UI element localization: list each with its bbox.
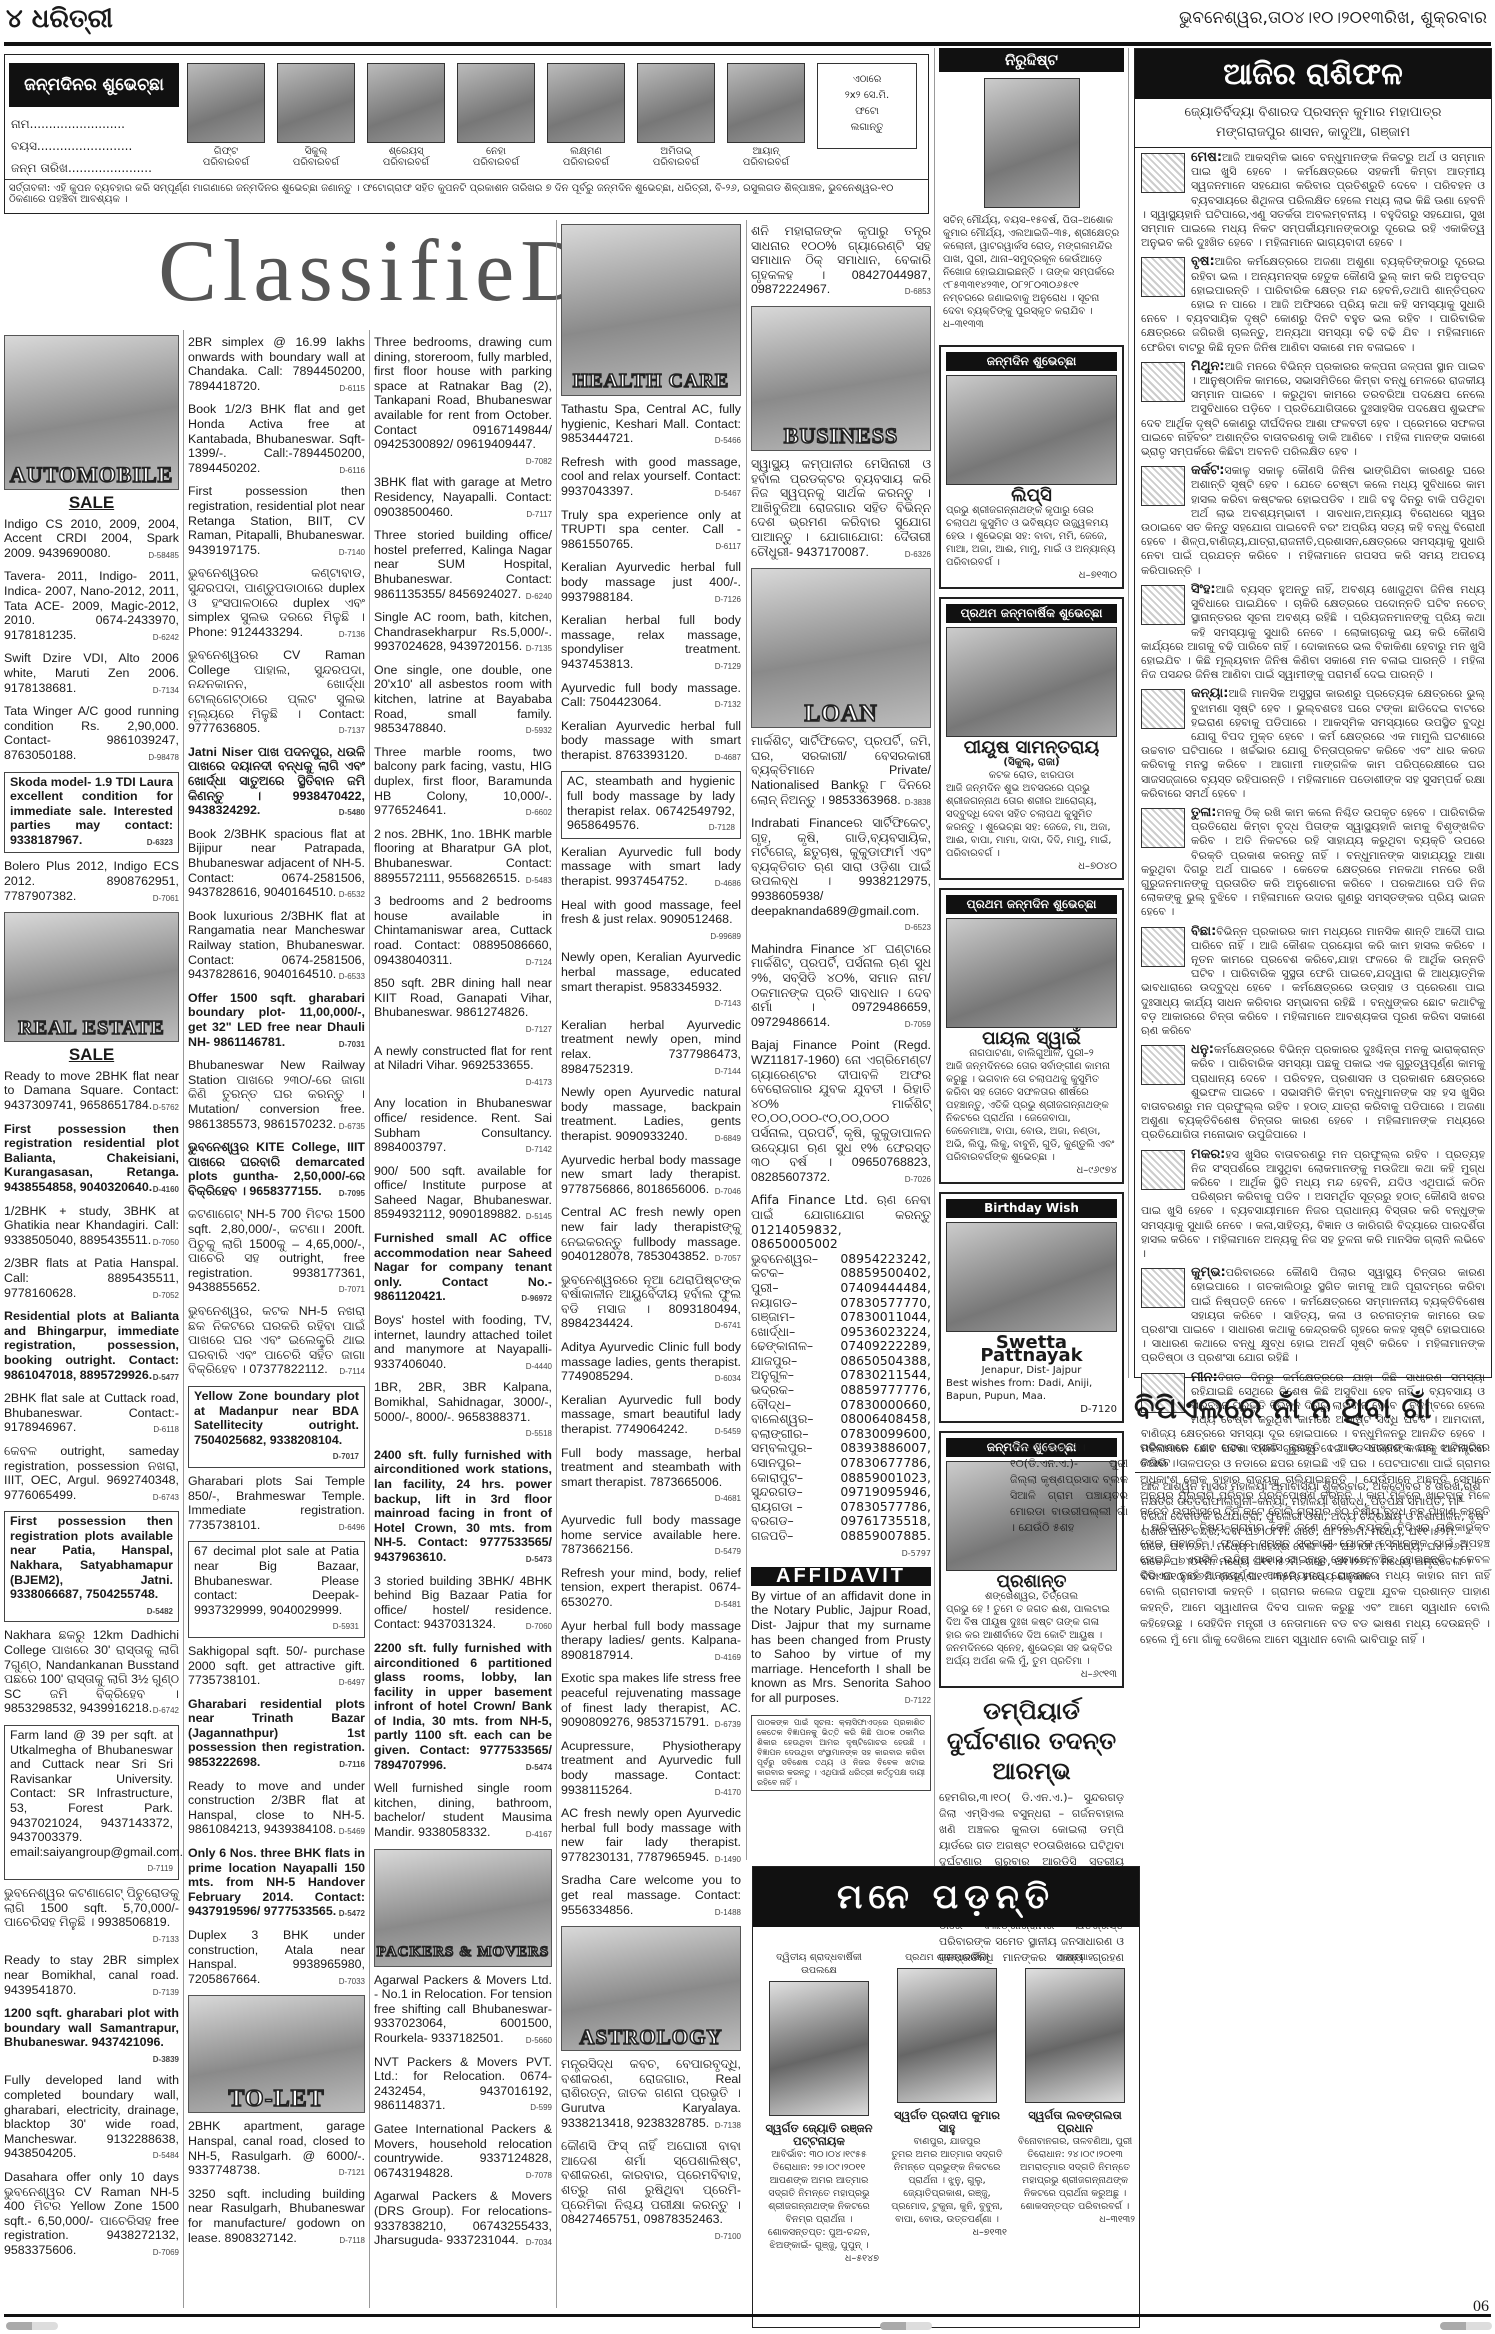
- ad-code: D-7061: [153, 892, 179, 907]
- age-field: ବୟସ.........................: [11, 139, 132, 154]
- classified-ad: Ayur herbal full body massage therapy la…: [561, 1619, 741, 1666]
- branch-place: ବଲାଙ୍ଗୀର–: [751, 1427, 809, 1442]
- classified-ad: One single, one double, one 20'x10' all …: [374, 663, 552, 739]
- missing-person-photo: [984, 78, 1080, 208]
- kid-from: ପରିବାରବର୍ଗ: [367, 157, 445, 168]
- branch-place: ଅନୁଗୁଳ–: [751, 1368, 794, 1383]
- bpl-news-col2: ପରିବାରରେ ୮ଶହ ଲୋକ ବସବାସ କରନ୍ତି । ଆଉ ସମସ୍ତ…: [1140, 1440, 1490, 1648]
- ad-text: Truly spa experience only at TRUPTI spa …: [561, 508, 741, 551]
- wish-text: ଆଜି ଜନ୍ମଦିନ ଶୁଭ ଅବସରରେ ପ୍ରଭୁ ଶ୍ରୀଜଗନ୍ନାଥ…: [946, 782, 1117, 860]
- obituary-title: ମନେ ପଡ଼ନ୍ତି: [753, 1867, 1139, 1927]
- classified-ad: Nakhara ଛକରୁ 12km Dadhichi College ପାଖରେ…: [4, 1628, 179, 1719]
- kid-photo: [457, 63, 535, 143]
- ad-code: D-7129: [715, 660, 741, 675]
- branch-place: ରାୟଗଡା –: [751, 1500, 803, 1515]
- zodiac-name: କର୍କଟ:: [1191, 463, 1224, 478]
- classified-ad: Tavera- 2011, Indigo- 2011, Indica- 2007…: [4, 569, 179, 645]
- ad-text: Nakhara ଛକରୁ 12km Dadhichi College ପାଖରେ…: [4, 1628, 179, 1715]
- ad-code: D-7138: [715, 2119, 741, 2134]
- ad-code: D-1488: [715, 1906, 741, 1921]
- ad-code: D-7126: [715, 593, 741, 608]
- zodiac-name: ବିଛା:: [1191, 924, 1216, 939]
- kid-from: ପରିବାରବର୍ଗ: [637, 157, 715, 168]
- ad-text: ଭୁବନେଶ୍ୱରର CV Raman College ପାହାଲ, ସୁନ୍ଦ…: [188, 648, 365, 735]
- ad-code: ଧ–୭୦୪୦: [946, 860, 1117, 873]
- branch-place: ବରଗଡ–: [751, 1514, 794, 1529]
- classified-ad: Gatee International Packers & Movers, ho…: [374, 2122, 552, 2183]
- zodiac-text: ସକାଳୁ ସକାଳୁ କୌଣସି ଜିନିଷ ଭାଙ୍ଗିଯିବା କାରଣର…: [1141, 464, 1485, 576]
- branch-place: ଭୁବନେଶ୍ୱର–: [751, 1252, 818, 1267]
- ad-code: D-7046: [715, 1185, 741, 1200]
- classified-ad: First possession then registration resid…: [4, 1122, 179, 1198]
- ad-code: D-4440: [526, 1360, 552, 1375]
- branch-phone: 07830000660,: [840, 1398, 931, 1413]
- ad-code: ଧ–୯୬୯୭୪: [946, 1164, 1117, 1177]
- header-rule: [4, 42, 1491, 46]
- classified-ad: Sakhigopal sqft. 50/- purchase 2000 sqft…: [188, 1644, 365, 1691]
- ad-code: D-7122: [905, 1694, 931, 1709]
- ad-code: D-7114: [339, 1365, 365, 1380]
- kid-from: ପରିବାରବର୍ଗ: [187, 157, 265, 168]
- page-number: 06: [1473, 2298, 1489, 2316]
- ad-code: D-7034: [526, 2236, 552, 2251]
- coupon-title: ଜନ୍ମଦିନର ଶୁଭେଚ୍ଛା: [9, 63, 179, 107]
- wish-text: Best wishes from: Dadi, Aniji, Bapun, Pu…: [946, 1377, 1117, 1403]
- zodiac-sign-entry: କୁମ୍ଭ:ପରିବାରରେ କୌଣସି ପିଲାର ସ୍ୱାସ୍ଥ୍ୟ ଚିନ…: [1135, 1263, 1491, 1367]
- classified-ad: Only 6 Nos. three BHK flats in prime loc…: [188, 1846, 365, 1922]
- ad-code: D-5473: [526, 1553, 552, 1568]
- zodiac-name: ମେଷ:: [1191, 150, 1222, 165]
- kid-photo: [367, 63, 445, 143]
- classified-ad: Furnished small AC office accommodation …: [374, 1231, 552, 1307]
- horoscope-title: ଆଜିର ରାଶିଫଳ: [1135, 49, 1491, 99]
- ad-text: 850 sqft. 2BR dining hall near KIIT Road…: [374, 976, 552, 1019]
- classified-ad: 1200 sqft. gharabari plot with boundary …: [4, 2006, 179, 2067]
- zodiac-name: ତୁଳା:: [1191, 805, 1217, 820]
- ad-text: By virtue of an affidavit done in the No…: [751, 1589, 931, 1705]
- ad-code: D-7135: [526, 642, 552, 657]
- zodiac-text: ହସ ଖୁସିର ବାତାବରଣରୁ ମନ ପ୍ରଫୁଲ୍ଲ ରହିବ । ପ୍…: [1141, 1148, 1485, 1260]
- memorial-line: ବିନୋବାନଗର, ତାଳବଣିଆ, ପୁରୀ: [1015, 2135, 1135, 2148]
- ad-code: D-6116: [339, 464, 365, 479]
- zodiac-sign-entry: ମିଥୁନ:ଆଜି ମନରେ ବିଭିନ୍ନ ପ୍ରକାରର କଳ୍ପନା ଜଳ…: [1135, 357, 1491, 461]
- classified-ad: Skoda model- 1.9 TDI Laura excellent con…: [4, 772, 179, 854]
- classified-ad: Keralian herbal full body massage, relax…: [561, 613, 741, 674]
- zodiac-sign-entry: ତୁଳା:ମନକୁ ଠିକ୍ ରଖି କାମ କଲେ ନିଶ୍ଚିତ ଉପକୃତ…: [1135, 803, 1491, 922]
- kid-name: ଲକ୍ଷ୍ମଣ: [547, 146, 625, 157]
- classified-ad: Swift Dzire VDI, Alto 2006 white, Maruti…: [4, 651, 179, 698]
- classified-ad: Three bedrooms, drawing cum dining, stor…: [374, 335, 552, 469]
- classified-ad: 2BR simplex @ 16.99 lakhs onwards with b…: [188, 335, 365, 396]
- zodiac-icon: [1141, 808, 1185, 848]
- memorial-name: ସ୍ୱର୍ଗତ ପ୍ରଦୀପ କୁମାର ସାହୁ: [887, 2109, 1007, 2135]
- obituary-panel: ମନେ ପଡ଼ନ୍ତି ଦ୍ୱିତୀୟ ଶ୍ରାଦ୍ଧବାର୍ଷିକୀ ଉପଲକ…: [752, 1866, 1140, 2328]
- ad-code: D-98478: [148, 751, 179, 766]
- ad-code: D-7133: [153, 1933, 179, 1948]
- memorial-occasion: ଏକାଦଶାହ: [1015, 1951, 1135, 1964]
- classified-ad: Bhubaneswar New Railway Station ପାଖରେ ୨୩…: [188, 1058, 365, 1134]
- ad-code: D-7120: [946, 1403, 1117, 1416]
- classified-ad: Ayurvedic full body massage home service…: [561, 1513, 741, 1560]
- affidavit-heading: AFFIDAVIT: [751, 1567, 931, 1586]
- coupon-terms: ସର୍ତ୍ତାବଳୀ: ଏହି କୁପନ ବ୍ୟବହାର କରି ସମ୍ପୂର୍…: [5, 179, 928, 208]
- ad-code: D-5474: [526, 1761, 552, 1776]
- ad-text: କଟଣାଗେଟ୍ NH-5 700 ମିଟର 1500 sqft. 2,80,0…: [188, 1207, 365, 1294]
- classified-ad: ଭୁବନେଶ୍ୱର, କଟକ NH-5 ନଖରା ଛକ ନିକଟରେ ଘରକରି…: [188, 1304, 365, 1380]
- footer-ornament: [6, 2322, 58, 2330]
- ad-code: D-5660: [526, 2034, 552, 2049]
- ad-code: D-5762: [153, 1101, 179, 1116]
- memorial-entry: ଦ୍ୱିତୀୟ ଶ୍ରାଦ୍ଧବାର୍ଷିକୀ ଉପଲକ୍ଷେସ୍ୱର୍ଗତ ଜ…: [759, 1951, 879, 2265]
- astrologer-address: ମଙ୍ଗରାଜପୁର ଶାସନ, କାଦୁଆ, ଗଞ୍ଜାମ: [1135, 123, 1491, 143]
- ad-code: D-4170: [715, 1786, 741, 1801]
- ad-code: D-4167: [526, 1828, 552, 1843]
- ad-code: D-6533: [339, 970, 365, 985]
- zodiac-text: ଆଜି ଆକସ୍ମିକ ଭାବେ ବନ୍ଧୁମାନଙ୍କ ନିକଟରୁ ଅର୍ଥ…: [1141, 151, 1485, 249]
- ad-text: Full body massage, herbal treatment and …: [561, 1446, 741, 1489]
- branch-place: ନୟାଗଡ–: [751, 1296, 797, 1311]
- ad-code: D-6118: [153, 1423, 179, 1438]
- branch-phone: 07830211544,: [840, 1368, 931, 1383]
- missing-person-notice: ସଚିନ୍ ମୌର୍ଯ୍ୟ, ବୟସ–୧୫ବର୍ଷ, ପିତା–ଅଶୋକ କୁମ…: [939, 72, 1124, 337]
- affidavit-notice: By virtue of an affidavit done in the No…: [751, 1589, 931, 1709]
- memorial-occasion: ଦ୍ୱିତୀୟ ଶ୍ରାଦ୍ଧବାର୍ଷିକୀ ଉପଲକ୍ଷେ: [759, 1951, 879, 1977]
- footer-ornament: [1440, 2322, 1492, 2330]
- wish-name: ପୀୟୂଷ ସାମନ୍ତରାୟ: [946, 741, 1117, 754]
- category-label: ASTROLOGY: [562, 2030, 740, 2045]
- ad-code: D-1490: [715, 1853, 741, 1868]
- branch-row: କଟକ–08859500402,: [751, 1266, 931, 1281]
- zodiac-name: ମିଥୁନ:: [1191, 359, 1225, 374]
- classified-ad: 2/3BR flats at Patia Hanspal. Call: 8895…: [4, 1256, 179, 1303]
- branch-row: ନୟାଗଡ–07830577770,: [751, 1296, 931, 1311]
- memorial-line: ତୁମର ଅମର ଆତ୍ମାର ସଦ୍‌ଗତି ନିମନ୍ତେ ପ୍ରଭୁଙ୍କ…: [887, 2148, 1007, 2226]
- ad-code: D-7137: [339, 724, 365, 739]
- classified-ad: Tathastu Spa, Central AC, fully hygienic…: [561, 402, 741, 449]
- news-headline: ଡମ୍ପିୟାର୍ଡ ଦୁର୍ଘଟଣାର ତଦନ୍ତ ଆରମ୍ଭ: [939, 1696, 1124, 1786]
- zodiac-icon: [1141, 1268, 1185, 1308]
- branch-row: ଗଜପତି–08859007885.: [751, 1529, 931, 1544]
- memorial-photo: [897, 1968, 997, 2103]
- ad-code: D-7026: [905, 1173, 931, 1188]
- sale-heading: SALE: [4, 1048, 179, 1063]
- zodiac-text: କର୍ମକ୍ଷେତ୍ରରେ ବିଭିନ୍ନ ପ୍ରକାରର ଦୁଃଶ୍ଚିନ୍ତ…: [1141, 1043, 1485, 1141]
- ad-code: D-7140: [339, 546, 365, 561]
- column-divider: [1128, 48, 1129, 1378]
- branch-place: ଯାଜପୁର–: [751, 1354, 797, 1369]
- ad-code: D-6741: [715, 1319, 741, 1334]
- ad-code: D-7128: [709, 821, 735, 836]
- classified-ad: Jatni Niser ପାଖ ପଦନପୁର, ଧଉଳି ପାଖରେ ଦୟାନଦ…: [188, 745, 365, 821]
- ad-text: କୌଣସି ଫିସ୍ ନାହିଁ ଅଘୋରୀ ବାବା ଆଦେଶ ଶର୍ମା ସ…: [561, 2139, 741, 2226]
- ad-code: D-7031: [339, 1038, 365, 1053]
- classified-ad: Fully developed land with completed boun…: [4, 2073, 179, 2164]
- zodiac-sign-entry: ସିଂହ:ଆଜି ବ୍ୟସ୍ତ ହୁଅନ୍ତୁ ନାହିଁ, ଅବଶ୍ୟ ଖୋଜ…: [1135, 580, 1491, 684]
- zodiac-text: ମନକୁ ଠିକ୍ ରଖି କାମ କଲେ ନିଶ୍ଚିତ ଉପକୃତ ହେବେ…: [1141, 806, 1485, 918]
- ad-code: D-6849: [715, 1132, 741, 1147]
- ad-text: 3BHK flat with garage at Metro Residency…: [374, 475, 552, 518]
- wish-badge: ଜନ୍ମଦିନ ଶୁଭେଚ୍ଛା: [946, 352, 1117, 371]
- ad-text: 2200 sft. fully furnished with aircondit…: [374, 1641, 552, 1772]
- branch-phone: 09536023224,: [840, 1325, 931, 1340]
- column-5: ଶନି ମହାରାଜଙ୍କ କୃପାରୁ ତନ୍ତ୍ର ସାଧନାର ୧୦୦% …: [751, 224, 931, 1797]
- wish-photo: [946, 1222, 1117, 1332]
- classified-ad: AC, steambath and hygienic full body mas…: [561, 771, 741, 838]
- zodiac-icon: [1141, 585, 1185, 625]
- business-banner: BUSINESS: [751, 306, 931, 451]
- horoscope-panel: ଆଜିର ରାଶିଫଳ ଜ୍ୟୋତିର୍ବିଦ୍ୟା ବିଶାରଦ ପ୍ରସନ୍…: [1134, 48, 1492, 1378]
- ad-code: D-7134: [153, 684, 179, 699]
- footer-rule: [4, 2314, 1491, 2317]
- classified-ad: Mahindra Finance ୪୮ ଘଣ୍ଟାରେ ମାର୍କଶିଟ୍, ପ…: [751, 942, 931, 1033]
- zodiac-name: କୁମ୍ଭ:: [1191, 1265, 1226, 1280]
- classified-ad: Keralian Ayurvedic herbal full body mass…: [561, 560, 741, 607]
- classified-ad: Keralian Ayurvedic herbal full body mass…: [561, 719, 741, 766]
- zodiac-icon: [1141, 362, 1185, 402]
- branch-row: କୋରାପୁଟ–08859001023,: [751, 1471, 931, 1486]
- birthday-wish-ad: ଜନ୍ମଦିନ ଶୁଭେଚ୍ଛାଲିପ୍ସିପ୍ରଭୁ ଶ୍ରୀଜଗନ୍ନାଥଙ…: [939, 345, 1124, 589]
- classified-ad: 3BHK flat with garage at Metro Residency…: [374, 475, 552, 522]
- ad-code: D-7095: [339, 1187, 365, 1202]
- classified-ad: Aditya Ayurvedic Clinic full body massag…: [561, 1340, 741, 1387]
- column-3: Three bedrooms, drawing cum dining, stor…: [374, 335, 552, 2257]
- wish-name: ଲିପ୍ସି: [946, 489, 1117, 502]
- classified-ad: Sradha Care welcome you to get real mass…: [561, 1873, 741, 1920]
- branch-phone: 09761735518,: [840, 1514, 931, 1529]
- classified-ad: Single AC room, bath, kitchen, Chandrase…: [374, 610, 552, 657]
- ad-text: Heal with good massage, feel fresh & jus…: [561, 898, 741, 927]
- kid-card: ଲକ୍ଷ୍ମଣପରିବାରବର୍ଗ: [547, 63, 625, 168]
- wish-text: ପ୍ରଭୁ ହେ ! ତୁମେ ତ ଜଗତ ଈଶ, ପାଲଟାଇ ଦିଅ ବିଷ…: [946, 1603, 1117, 1668]
- kid-photo: [187, 63, 265, 143]
- zodiac-sign-entry: ବିଛା:ବିଭିନ୍ନ ପ୍ରକାରର କାମ ମଧ୍ୟରେ ମାନସିକ ଶ…: [1135, 922, 1491, 1041]
- branch-row: ବାଲେଶ୍ୱର–08006408458,: [751, 1412, 931, 1427]
- ad-code: D-4160: [153, 1183, 179, 1198]
- kid-name: ଗିଫ୍ଟ: [187, 146, 265, 157]
- slot-line: ଲଗାନ୍ତୁ: [818, 120, 916, 136]
- kid-card: ଆୟାନ୍ପରିବାରବର୍ଗ: [727, 63, 805, 168]
- wish-place: କଟକ ରୋଡ, ଝାରପଡା: [946, 769, 1117, 782]
- classified-ad: Central AC fresh newly open new fair lad…: [561, 1205, 741, 1266]
- memorial-occasion: ପ୍ରଥମ ଶ୍ରାଦ୍ଧବାର୍ଷିକୀ: [887, 1951, 1007, 1964]
- classified-ad: Indrabati Financeର ସାର୍ଟିଫିକେଟ୍, ଗୃହ, କୃ…: [751, 816, 931, 936]
- ad-code: D-7124: [526, 956, 552, 971]
- kid-card: ନେହାପରିବାରବର୍ଗ: [457, 63, 535, 168]
- kid-card: ଗିଫ୍ଟପରିବାରବର୍ଗ: [187, 63, 265, 168]
- memorial-line: ତିରୋଧାନ: ୨୪।୦୯।୨୦୧୩: [1015, 2148, 1135, 2161]
- classified-ad: Refresh your mind, body, relief tension,…: [561, 1566, 741, 1613]
- wish-name: Swetta Pattnayak: [946, 1336, 1117, 1362]
- health-care-banner: HEALTH CARE: [561, 224, 741, 396]
- classified-ad: ମାର୍କଶିଟ୍, ସାର୍ଟିଫିକେଟ୍, ପ୍ରପର୍ଟି, ଜମି, …: [751, 734, 931, 810]
- branch-place: ବାଲେଶ୍ୱର–: [751, 1412, 813, 1427]
- classified-ad: Truly spa experience only at TRUPTI spa …: [561, 508, 741, 555]
- afifa-finance-ad: Afifa Finance Ltd. ଋଣ ନେବା ପାଇଁ ଯୋଗାଯୋଗ …: [751, 1193, 931, 1561]
- branch-row: ଯାଜପୁର–08650504388,: [751, 1354, 931, 1369]
- ad-code: D-5480: [339, 806, 365, 821]
- reader-disclaimer: ପାଠକଙ୍କ ପାଇଁ ସୂଚନା: କ୍ଲାସିଫାଏଡ୍‌ରେ ପ୍ରକା…: [751, 1715, 931, 1791]
- wish-name: ପ୍ରଶାନ୍ତ: [946, 1575, 1117, 1588]
- ad-code: D-6735: [339, 1120, 365, 1135]
- category-label: LOAN: [752, 707, 930, 722]
- zodiac-name: ମକର:: [1191, 1147, 1225, 1162]
- ad-code: D-7136: [339, 628, 365, 643]
- dob-field: ଜନ୍ମ ତାରିଖ......................: [11, 161, 152, 176]
- branch-place: ସମ୍ବଲପୁର–: [751, 1441, 812, 1456]
- ad-code: D-7017: [333, 1450, 359, 1465]
- ad-code: D-6853: [905, 285, 931, 300]
- ad-code: D-7059: [905, 1018, 931, 1033]
- classified-ad: Gharabari residential plots near Trinath…: [188, 1697, 365, 1773]
- kid-from: ପରିବାରବର୍ଗ: [547, 157, 625, 168]
- ad-code: D-7033: [339, 1975, 365, 1990]
- branch-row: ସମ୍ବଲପୁର–08393886007,: [751, 1441, 931, 1456]
- branch-phone: 08954223242,: [840, 1252, 931, 1267]
- ad-code: D-4687: [715, 751, 741, 766]
- category-label: REAL ESTATE: [5, 1021, 178, 1036]
- ad-code: D-3838: [905, 796, 931, 811]
- branch-row: ଭଦ୍ରକ–08859777776,: [751, 1383, 931, 1398]
- classified-ad: Heal with good massage, feel fresh & jus…: [561, 898, 741, 945]
- classified-ad: ଭୁବନେଶ୍ୱରର CV Raman College ପାହାଲ, ସୁନ୍ଦ…: [188, 648, 365, 739]
- zodiac-name: ଧନୁ:: [1191, 1042, 1214, 1057]
- ad-text: Farm land @ 39 per sqft. at Utkalmegha o…: [10, 1728, 183, 1859]
- ad-code: D-7100: [715, 2230, 741, 2245]
- classified-ad: Full body massage, herbal treatment and …: [561, 1446, 741, 1507]
- birthday-wish-ad: Birthday WishSwetta PattnayakJenapur, Di…: [939, 1192, 1124, 1423]
- classified-ad: Duplex 3 BHK under construction, Atala n…: [188, 1928, 365, 1989]
- classified-ad: Boys' hostel with fooding, TV, internet,…: [374, 1313, 552, 1374]
- classified-ad: ଭୁବନେଶ୍ୱରରେ ନୂଆ ଥେରାପିଷ୍ଟଙ୍କ ବର୍ଷାକାଳୀନ …: [561, 1273, 741, 1334]
- astrologer-credit: ଜ୍ୟୋତିର୍ବିଦ୍ୟା ବିଶାରଦ ପ୍ରସନ୍ନ କୁମାର ମହାପ…: [1135, 99, 1491, 148]
- zodiac-text: ଆଜିର କର୍ମକ୍ଷେତ୍ରରେ ଅଜଣା ଅଶୁଣା ବ୍ୟକ୍ତିଙ୍କ…: [1141, 255, 1485, 353]
- ad-code: D-7132: [715, 698, 741, 713]
- page-label: ୪ ଧରିତ୍ରୀ: [6, 4, 113, 35]
- branch-phone: 07409444484,: [840, 1281, 931, 1296]
- kid-photo: [637, 63, 715, 143]
- ad-code: D-7144: [715, 1065, 741, 1080]
- ad-code: D-7057: [715, 1252, 741, 1267]
- ad-code: D-5472: [339, 1907, 365, 1922]
- classified-ad: Newly open, Keralian Ayurvedic herbal ma…: [561, 950, 741, 1011]
- birthday-coupon: ଜନ୍ମଦିନର ଶୁଭେଚ୍ଛା ନାମ...................…: [4, 54, 929, 214]
- column-divider: [746, 220, 747, 1860]
- kid-card: ସିକୁଲ୍ପରିବାରବର୍ଗ: [277, 63, 355, 168]
- wish-text: ପ୍ରଭୁ ଶ୍ରୀଜଗନ୍ନାଥଙ୍କ କୃପାରୁ ତୋର ଚଲାପଥ କୁ…: [946, 504, 1117, 569]
- classified-ad: A newly constructed flat for rent at Nil…: [374, 1044, 552, 1091]
- ad-code: ଧ–୫୧୪୭: [759, 2252, 879, 2265]
- wish-place: ଶଙ୍ଖେଶ୍ୱର, ତିର୍ତ୍ତୋଲ: [946, 1590, 1117, 1603]
- ad-code: D-6532: [339, 888, 365, 903]
- ad-text: 1200 sqft. gharabari plot with boundary …: [4, 2006, 179, 2049]
- ad-code: D-6602: [526, 806, 552, 821]
- dateline: ଭୁବନେଶ୍ୱର,ତା୦୪।୧୦।୨୦୧୩ରିଖ, ଶୁକ୍ରବାର: [1179, 8, 1487, 28]
- classified-ad: 2200 sft. fully furnished with aircondit…: [374, 1641, 552, 1775]
- birthday-wish-ad: ପ୍ରଥମ ଜନ୍ମବାର୍ଷିକ ଶୁଭେଚ୍ଛାପୀୟୂଷ ସାମନ୍ତରା…: [939, 597, 1124, 880]
- classified-ad: Yellow Zone boundary plot at Madanpur ne…: [188, 1386, 365, 1468]
- classified-ad: କଟଣାଗେଟ୍ NH-5 700 ମିଟର 1500 sqft. 2,80,0…: [188, 1207, 365, 1298]
- classified-ad: Farm land @ 39 per sqft. at Utkalmegha o…: [4, 1725, 179, 1880]
- wish-badge: ପ୍ରଥମ ଜନ୍ମଦିନ ଶୁଭେଚ୍ଛା: [946, 895, 1117, 914]
- classified-ad: Ayurvedic full body massage. Call: 75044…: [561, 681, 741, 713]
- classified-ad: କୌଣସି ଫିସ୍ ନାହିଁ ଅଘୋରୀ ବାବା ଆଦେଶ ଶର୍ମା ସ…: [561, 2139, 741, 2244]
- classified-ad: Book luxurious 2/3BHK flat at Rangamatia…: [188, 909, 365, 985]
- branch-phone: 08650504388,: [840, 1354, 931, 1369]
- classified-ad: Ready to move and under construction 2/3…: [188, 1779, 365, 1840]
- branch-row: ଖୋର୍ଦ୍ଧା–09536023224,: [751, 1325, 931, 1340]
- branch-place: ପୁରୀ–: [751, 1281, 779, 1296]
- branch-place: ଭଦ୍ରକ–: [751, 1383, 794, 1398]
- classified-ad: ଭୁବନେଶ୍ୱର KITE College, IIIT ପାଖରେ ଘରବାର…: [188, 1140, 365, 1201]
- ad-code: D-7071: [339, 1283, 365, 1298]
- automobile-banner: AUTOMOBILE: [4, 335, 179, 490]
- ad-text: Newly open, Keralian Ayurvedic herbal ma…: [561, 950, 741, 993]
- memorial-line: ଅମରାତ୍ମାର ସଦ୍‌ଗତି ନିମନ୍ତେ ମହାପ୍ରଭୁ ଶ୍ରୀଜ…: [1015, 2161, 1135, 2213]
- classified-ad: Exotic spa makes life stress free peacef…: [561, 1671, 741, 1732]
- zodiac-sign-entry: ବୃଷ:ଆଜିର କର୍ମକ୍ଷେତ୍ରରେ ଅଜଣା ଅଶୁଣା ବ୍ୟକ୍ତ…: [1135, 252, 1491, 356]
- classified-ad: 1BR, 2BR, 3BR Kalpana, Bomikhal, Sahidna…: [374, 1380, 552, 1441]
- zodiac-sign-entry: କର୍କଟ:ସକାଳୁ ସକାଳୁ କୌଣସି ଜିନିଷ ଭାଙ୍ଗିଯିବା…: [1135, 461, 1491, 580]
- ad-code: D-4173: [526, 1076, 552, 1091]
- ad-text: 1BR, 2BR, 3BR Kalpana, Bomikhal, Sahidna…: [374, 1380, 552, 1423]
- kid-from: ପରିବାରବର୍ଗ: [457, 157, 535, 168]
- zodiac-icon: [1141, 466, 1185, 506]
- bpl-news: ବିପିଏଲରେ ନାଁ ନ ଥିବା ଗାଁ: [1134, 1390, 1492, 1428]
- birthday-wish-ad: ପ୍ରଥମ ଜନ୍ମଦିନ ଶୁଭେଚ୍ଛାପାୟଲ ସ୍ୱାଇଁନାଗପାଟଣ…: [939, 888, 1124, 1184]
- branch-phone: 09719095946,: [840, 1485, 931, 1500]
- branch-phone: 07830011044,: [840, 1310, 931, 1325]
- column-2: 2BR simplex @ 16.99 lakhs onwards with b…: [188, 335, 365, 2254]
- missing-heading: ନିରୁଦ୍ଦିଷ୍ଟ: [939, 48, 1124, 72]
- astrologer-name: ଜ୍ୟୋତିର୍ବିଦ୍ୟା ବିଶାରଦ ପ୍ରସନ୍ନ କୁମାର ମହାପ…: [1135, 103, 1491, 123]
- ad-code: D-7119: [147, 1862, 173, 1877]
- category-label: TO-LET: [189, 2092, 364, 2107]
- classified-ad: Ready to move 2BHK flat near to Damana S…: [4, 1069, 179, 1116]
- ad-code: D-6323: [147, 836, 173, 851]
- astrology-banner: ASTROLOGY: [561, 1926, 741, 2051]
- ad-text: 2400 sft. fully furnished with aircondit…: [374, 1448, 552, 1564]
- zodiac-sign-entry: କନ୍ୟା:ଆଜି ମାନସିକ ଅସୁସ୍ଥତା କାରଣରୁ ପ୍ରତ୍ୟେ…: [1135, 684, 1491, 803]
- classified-ad: 3250 sqft. including building near Rasul…: [188, 2187, 365, 2248]
- ad-text: Three bedrooms, drawing cum dining, stor…: [374, 335, 552, 451]
- zodiac-name: ବୃଷ:: [1191, 254, 1215, 269]
- zodiac-text: ପରିବାରରେ କୌଣସି ପିଲାର ସ୍ୱାସ୍ଥ୍ୟ ଚିନ୍ତାର କ…: [1141, 1266, 1485, 1364]
- ad-code: D-6240: [526, 590, 552, 605]
- classified-ad: 2400 sft. fully furnished with aircondit…: [374, 1448, 552, 1568]
- classified-ad: Gharabari plots Sai Temple 850/-, Brahme…: [188, 1474, 365, 1535]
- ad-code: D-5145: [526, 1210, 552, 1225]
- kid-card: ଅମିତାଭ୍ପରିବାରବର୍ଗ: [637, 63, 715, 168]
- ad-code: D-4169: [715, 1651, 741, 1666]
- column-6: ନିରୁଦ୍ଦିଷ୍ଟ ସଚିନ୍ ମୌର୍ଯ୍ୟ, ବୟସ–୧୫ବର୍ଷ, ପ…: [939, 48, 1124, 1982]
- sale-heading: SALE: [4, 496, 179, 511]
- zodiac-text: ବିଭିନ୍ନ ପ୍ରକାରର କାମ ମଧ୍ୟରେ ମାନସିକ ଶାନ୍ତି…: [1141, 925, 1485, 1037]
- wish-badge: Birthday Wish: [946, 1199, 1117, 1218]
- ad-code: D-6034: [715, 1372, 741, 1387]
- classified-ad: Dasahara offer only 10 days ଭୁବନେଶ୍ୱର CV…: [4, 2170, 179, 2261]
- ad-code: ଧ–୭୧୩୧: [887, 2226, 1007, 2239]
- classified-ad: Well furnished single room kitchen, dini…: [374, 1781, 552, 1842]
- classified-ad: ଭୁବନେଶ୍ୱର କଟଣାଗେଟ୍ ପିଚୁରୋଡକୁ ଲାଗି 1500 s…: [4, 1886, 179, 1947]
- classified-ad: Three storied building office/ hostel pr…: [374, 528, 552, 604]
- column-divider: [369, 330, 370, 2308]
- classified-ad: NVT Packers & Movers PVT. Ltd.: for Relo…: [374, 2055, 552, 2116]
- branch-phone: 08859500402,: [840, 1266, 931, 1281]
- branch-phone: 08393886007,: [840, 1441, 931, 1456]
- wish-photo: [946, 375, 1117, 485]
- wish-text: ଆଜି ଜନ୍ମଦିନରେ ତୋର ସର୍ବାଙ୍ଗୀଣ କାମନା କରୁଛୁ…: [946, 1060, 1117, 1164]
- wish-place: ନାଗପାଟଣା, ବାଲିଗୁଆଳି, ପୁରୀ–୨: [946, 1047, 1117, 1060]
